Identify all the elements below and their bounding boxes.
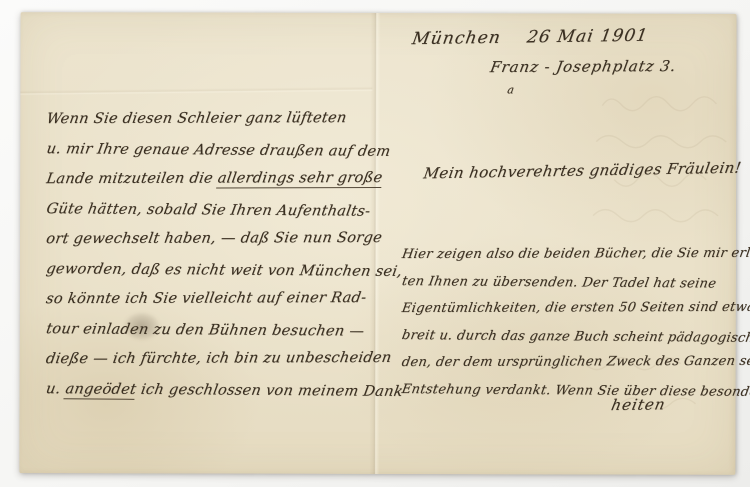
underlined-segment: allerdings sehr große (216, 170, 383, 189)
handwriting-line: so könnte ich Sie vielleicht auf einer R… (44, 283, 401, 314)
handwriting-line: u. angeödet ich geschlossen von meinem D… (44, 374, 401, 407)
line-segment: Wenn Sie diesen Schleier ganz lüfteten (45, 110, 347, 127)
line-segment: so könnte ich Sie vielleicht auf einer R… (45, 290, 368, 307)
address-text: Franz - Josephplatz 3. (489, 57, 678, 76)
line-segment: Güte hätten, sobald Sie Ihren Aufenthalt… (45, 201, 371, 220)
line-segment: ten Ihnen zu übersenden. Der Tadel hat s… (401, 274, 718, 291)
line-segment: u. mir Ihre genaue Adresse draußen auf d… (45, 141, 391, 160)
salutation: Mein hochverehrtes gnädiges Fräulein! (422, 159, 742, 183)
handwriting-line: Wenn Sie diesen Schleier ganz lüfteten (44, 103, 401, 134)
handwriting-line: ort gewechselt haben, — daß Sie nun Sorg… (44, 223, 401, 254)
handwriting-line: u. mir Ihre genaue Adresse draußen auf d… (44, 134, 401, 167)
line-segment: ort gewechselt haben, — daß Sie nun Sorg… (45, 230, 383, 247)
line-segment: Eigentümlichkeiten, die ersten 50 Seiten… (401, 300, 750, 316)
scanned-letter-image: Wenn Sie diesen Schleier ganz lüfteten u… (0, 0, 750, 487)
handwriting-line: dieße — ich fürchte, ich bin zu unbesche… (44, 343, 401, 374)
line-segment: dieße — ich fürchte, ich bin zu unbesche… (45, 350, 393, 367)
page-right-text: Hier zeigen also die beiden Bücher, die … (400, 241, 736, 404)
date-text: 26 Mai 1901 (525, 26, 649, 48)
page-left-text: Wenn Sie diesen Schleier ganz lüfteten u… (44, 104, 397, 405)
handwriting-line: Güte hätten, sobald Sie Ihren Aufenthalt… (44, 194, 401, 227)
handwriting-line: geworden, daß es nicht weit von München … (44, 254, 401, 287)
catchword: heiten (610, 395, 668, 414)
line-segment: geworden, daß es nicht weit von München … (45, 261, 403, 280)
line-segment: breit u. durch das ganze Buch scheint pä… (401, 328, 750, 346)
address-line: Franz - Josephplatz 3. (489, 57, 678, 76)
handwriting-line: Lande mitzuteilen die allerdings sehr gr… (44, 163, 401, 194)
address-insertion-mark: a (506, 83, 515, 96)
handwriting-line: Eigentümlichkeiten, die ersten 50 Seiten… (400, 294, 741, 322)
line-segment: Lande mitzuteilen die (45, 171, 219, 188)
underlined-segment: angeödet (64, 381, 138, 400)
date-line: München 26 Mai 1901 (411, 26, 650, 49)
line-segment: den, der dem ursprünglichen Zweck des Ga… (401, 354, 750, 370)
handwriting-line: Entstehung verdankt. Wenn Sie über diese… (400, 376, 740, 406)
line-segment: tour einladen zu den Bühnen besuchen — (45, 321, 366, 339)
letter-paper: Wenn Sie diesen Schleier ganz lüfteten u… (19, 12, 736, 475)
line-segment: Hier zeigen also die beiden Bücher, die … (401, 246, 750, 262)
place-text: München (411, 28, 503, 49)
line-segment: Entstehung verdankt. Wenn Sie über diese… (401, 382, 750, 400)
horizontal-crease (20, 87, 372, 96)
line-segment: ich geschlossen von meinem Dank (135, 382, 404, 400)
handwriting-line: Hier zeigen also die beiden Bücher, die … (400, 240, 741, 268)
handwriting-line: tour einladen zu den Bühnen besuchen — (44, 314, 401, 347)
handwriting-line: den, der dem ursprünglichen Zweck des Ga… (400, 348, 741, 376)
